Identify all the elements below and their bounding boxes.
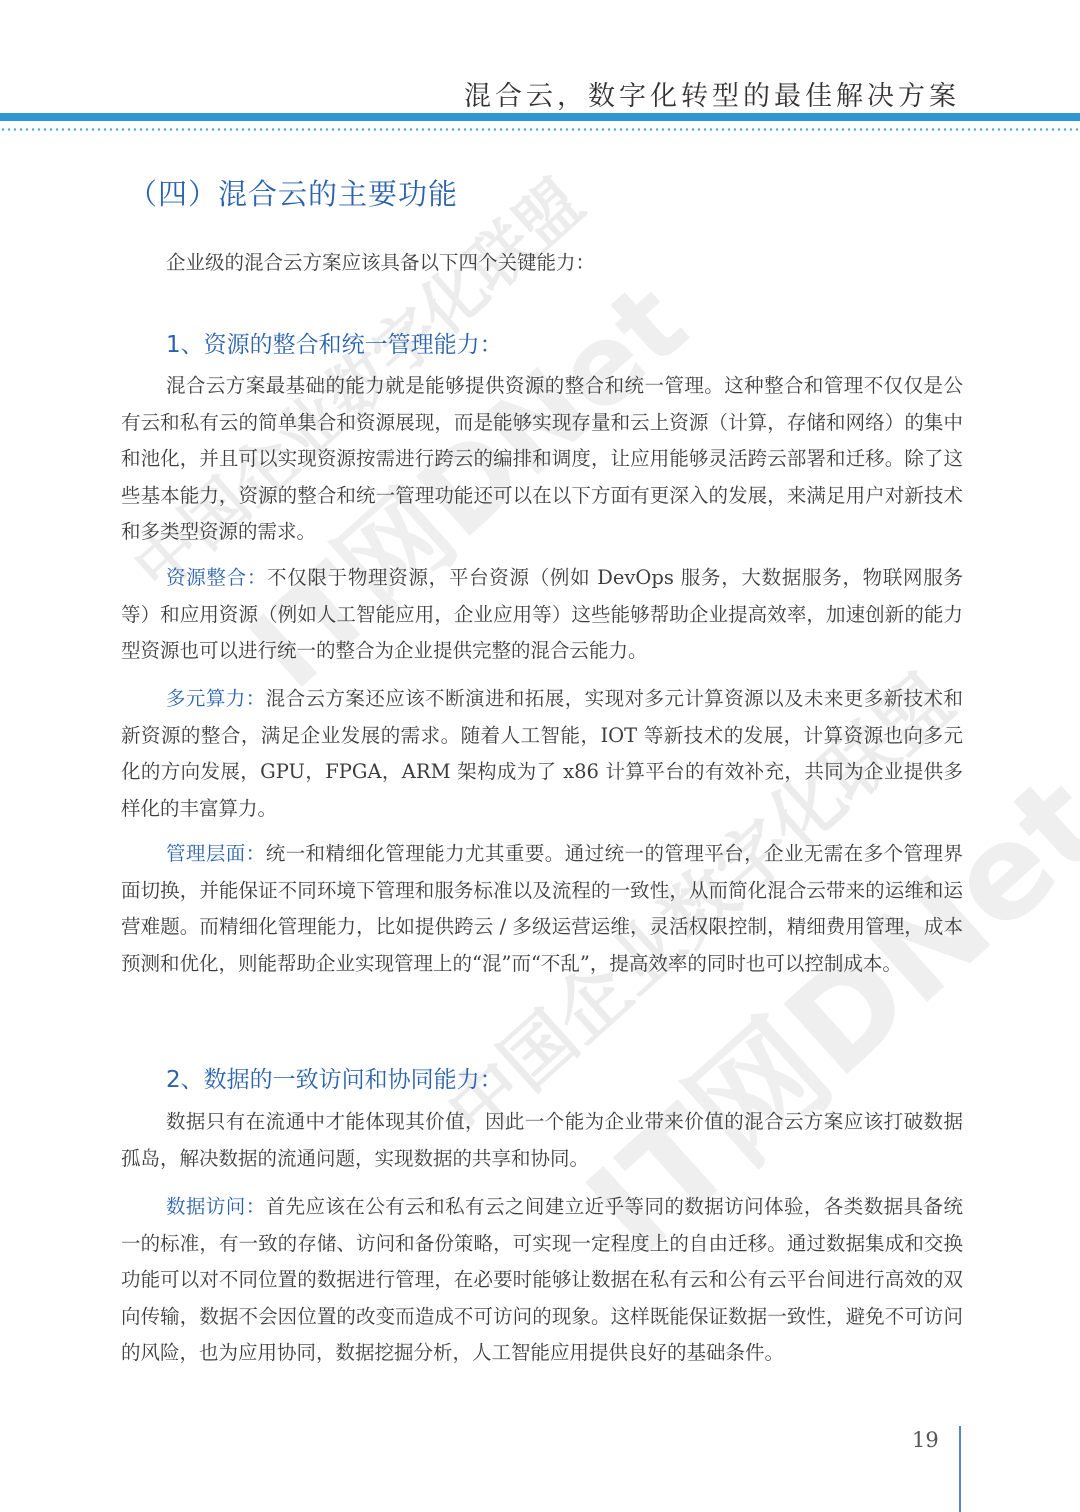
paragraph-management-layer: 管理层面：统一和精细化管理能力尤其重要。通过统一的管理平台，企业无需在多个管理界… xyxy=(121,836,963,982)
paragraph-lead: 数据访问： xyxy=(166,1195,266,1218)
section-title: （四）混合云的主要功能 xyxy=(128,172,458,213)
paragraph-lead: 资源整合： xyxy=(166,566,267,589)
paragraph-data-access: 数据访问：首先应该在公有云和私有云之间建立近乎等同的数据访问体验，各类数据具备统… xyxy=(121,1189,963,1372)
paragraph-lead: 管理层面： xyxy=(166,842,266,865)
page-number: 19 xyxy=(912,1428,939,1452)
paragraph-resource-integration: 资源整合：不仅限于物理资源，平台资源（例如 DevOps 服务，大数据服务，物联… xyxy=(121,560,963,670)
subsection-title: 2、数据的一致访问和协同能力： xyxy=(166,1061,503,1094)
paragraph-diverse-compute: 多元算力：混合云方案还应该不断演进和拓展，实现对多元计算资源以及未来更多新技术和… xyxy=(121,681,963,827)
subsection-body: 混合云方案最基础的能力就是能够提供资源的整合和统一管理。这种整合和管理不仅仅是公… xyxy=(121,368,963,551)
subsection-body: 数据只有在流通中才能体现其价值，因此一个能为企业带来价值的混合云方案应该打破数据… xyxy=(121,1104,963,1177)
subsection-title: 1、资源的整合和统一管理能力： xyxy=(166,326,503,359)
paragraph-lead: 多元算力： xyxy=(166,687,266,710)
section-intro: 企业级的混合云方案应该具备以下四个关键能力： xyxy=(121,245,963,282)
paragraph-text: 首先应该在公有云和私有云之间建立近乎等同的数据访问体验，各类数据具备统一的标准，… xyxy=(121,1195,963,1364)
running-header-title: 混合云，数字化转型的最佳解决方案 xyxy=(464,74,960,113)
page-number-rule xyxy=(959,1426,961,1512)
header-dotted-rule xyxy=(0,128,1080,131)
header-rule xyxy=(0,113,1080,121)
